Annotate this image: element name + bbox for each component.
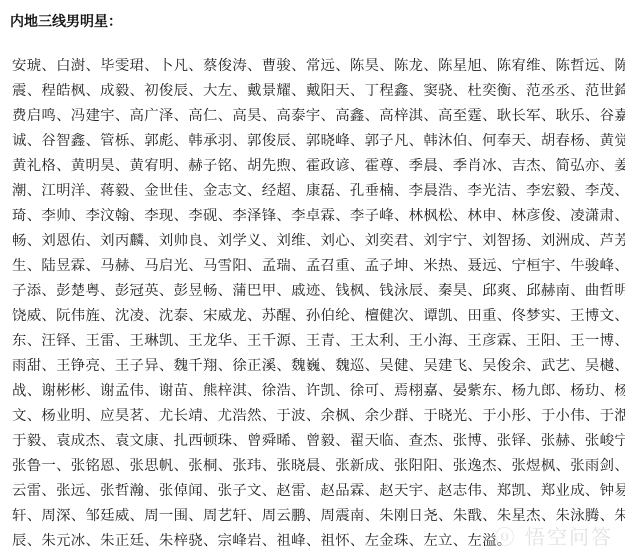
text-line: 琦、李帅、李汶翰、李现、李砚、李泽锋、李卓霖、李子峰、林枫松、林申、林彦俊、凌潇… [12, 204, 616, 229]
watermark-logo: ⓞ 悟空问答 [495, 521, 613, 550]
text-line: 云雷、张远、张哲瀚、张倬闻、张子文、赵雷、赵品霖、赵天宇、赵志伟、郑凯、郑业成、… [12, 479, 616, 504]
text-line: 东、汪铎、王雷、王琳凯、王龙华、王千源、王青、王太利、王小海、王彦霖、王阳、王一… [12, 329, 616, 354]
text-line: 生、陆昱霖、马赫、马启光、马雪阳、孟瑞、孟召重、孟子坤、米热、聂远、宁桓宇、牛骏… [12, 254, 616, 279]
text-line: 诚、谷智鑫、管栎、郭彪、韩承羽、郭俊辰、郭晓峰、郭子凡、韩沐伯、何奉天、胡春杨、… [12, 129, 616, 154]
text-line: 于毅、袁成杰、袁文康、扎西顿珠、曾舜晞、曾毅、翟天临、查杰、张博、张铎、张赫、张… [12, 429, 616, 454]
text-line: 畅、刘恩佑、刘丙麟、刘帅良、刘学义、刘维、刘心、刘奕君、刘宇宁、刘智扬、刘洲成、… [12, 229, 616, 254]
name-list: 安琥、白澍、毕雯珺、卜凡、蔡俊涛、曹骏、常远、陈昊、陈龙、陈星旭、陈宥维、陈哲远… [12, 54, 616, 554]
text-line: 战、谢彬彬、谢孟伟、谢苗、熊梓淇、徐浩、许凯、徐可、焉栩嘉、晏紫东、杨九郎、杨玏… [12, 379, 616, 404]
text-line: 震、程皓枫、成毅、初俊辰、大左、戴景耀、戴阳天、丁程鑫、窦骁、杜奕衡、范丞丞、范… [12, 79, 616, 104]
text-line: 黄礼格、黄明昊、黄宥明、赫子铭、胡先煦、霍政谚、霍尊、季晨、季肖冰、吉杰、简弘亦… [12, 154, 616, 179]
text-line: 潮、江明洋、蒋毅、金世佳、金志文、经超、康磊、孔垂楠、李晨浩、李光洁、李宏毅、李… [12, 179, 616, 204]
text-line: 饶威、阮伟旌、沈凌、沈泰、宋威龙、苏醒、孙伯纶、檀健次、谭凯、田重、佟梦实、王博… [12, 304, 616, 329]
text-line: 雨甜、王铮亮、王子异、魏千翔、徐正溪、魏巍、魏巡、吴健、吴建飞、吴俊余、武艺、吴… [12, 354, 616, 379]
text-line: 子添、彭楚粤、彭冠英、彭昱畅、蒲巴甲、戚迹、钱枫、钱泳辰、秦昊、邱爽、邱赫南、曲… [12, 279, 616, 304]
text-line: 费启鸣、冯建宇、高广泽、高仁、高昊、高泰宇、高鑫、高梓淇、高至霆、耿长军、耿乐、… [12, 104, 616, 129]
text-line: 安琥、白澍、毕雯珺、卜凡、蔡俊涛、曹骏、常远、陈昊、陈龙、陈星旭、陈宥维、陈哲远… [12, 54, 616, 79]
text-line: 文、杨业明、应昊茗、尤长靖、尤浩然、于波、余枫、余少群、于晓光、于小彤、于小伟、… [12, 404, 616, 429]
section-heading: 内地三线男明星： [10, 11, 122, 31]
text-line: 张鲁一、张铭恩、张思帆、张桐、张玮、张晓晨、张新成、张阳阳、张逸杰、张煜枫、张雨… [12, 454, 616, 479]
